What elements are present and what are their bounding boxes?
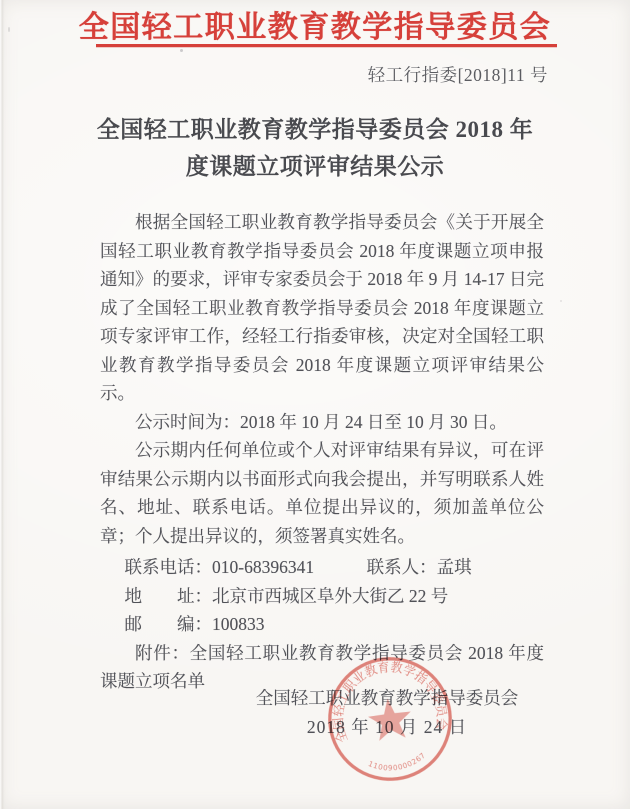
scan-edge-artifact (0, 0, 4, 809)
document-title-line-2: 度课题立项评审结果公示 (95, 148, 535, 185)
seal-star-icon (366, 696, 414, 742)
contact-block: 联系电话：010-68396341 联系人：孟琪 地 址：北京市西城区阜外大街乙… (100, 553, 544, 639)
svg-text:1100900002678: 1100900002678 (310, 639, 429, 781)
document-title-line-1: 全国轻工职业教育教学指导委员会 2018 年 (95, 111, 535, 148)
scan-speck (8, 27, 10, 32)
scan-speck (180, 49, 183, 52)
body-paragraph-1: 根据全国轻工职业教育教学指导委员会《关于开展全国轻工职业教育教学指导委员会 20… (100, 208, 544, 408)
contact-postcode-line: 邮 编：100833 (100, 610, 544, 639)
body-paragraph-2: 公示时间为：2018 年 10 月 24 日至 10 月 30 日。 (100, 408, 544, 437)
scan-speck (560, 300, 562, 302)
contact-address-line: 地 址：北京市西城区阜外大街乙 22 号 (100, 582, 544, 611)
official-seal-icon: 全国轻工职业教育教学指导委员会 1100900002678 (310, 639, 470, 799)
contact-phone-line: 联系电话：010-68396341 联系人：孟琪 (100, 553, 544, 582)
document-body: 根据全国轻工职业教育教学指导委员会《关于开展全国轻工职业教育教学指导委员会 20… (100, 208, 544, 696)
letterhead-rule (96, 44, 557, 47)
scanned-document-page: 全国轻工职业教育教学指导委员会 轻工行指委[2018]11 号 全国轻工职业教育… (0, 0, 630, 809)
body-paragraph-3: 公示期内任何单位或个人对评审结果有异议，可在评审结果公示期内以书面形式向我会提出… (100, 436, 544, 550)
letterhead-org-name: 全国轻工职业教育教学指导委员会 (0, 2, 630, 46)
document-title: 全国轻工职业教育教学指导委员会 2018 年 度课题立项评审结果公示 (95, 111, 535, 185)
document-number: 轻工行指委[2018]11 号 (368, 62, 548, 87)
seal-serial-number: 1100900002678 (310, 639, 429, 781)
